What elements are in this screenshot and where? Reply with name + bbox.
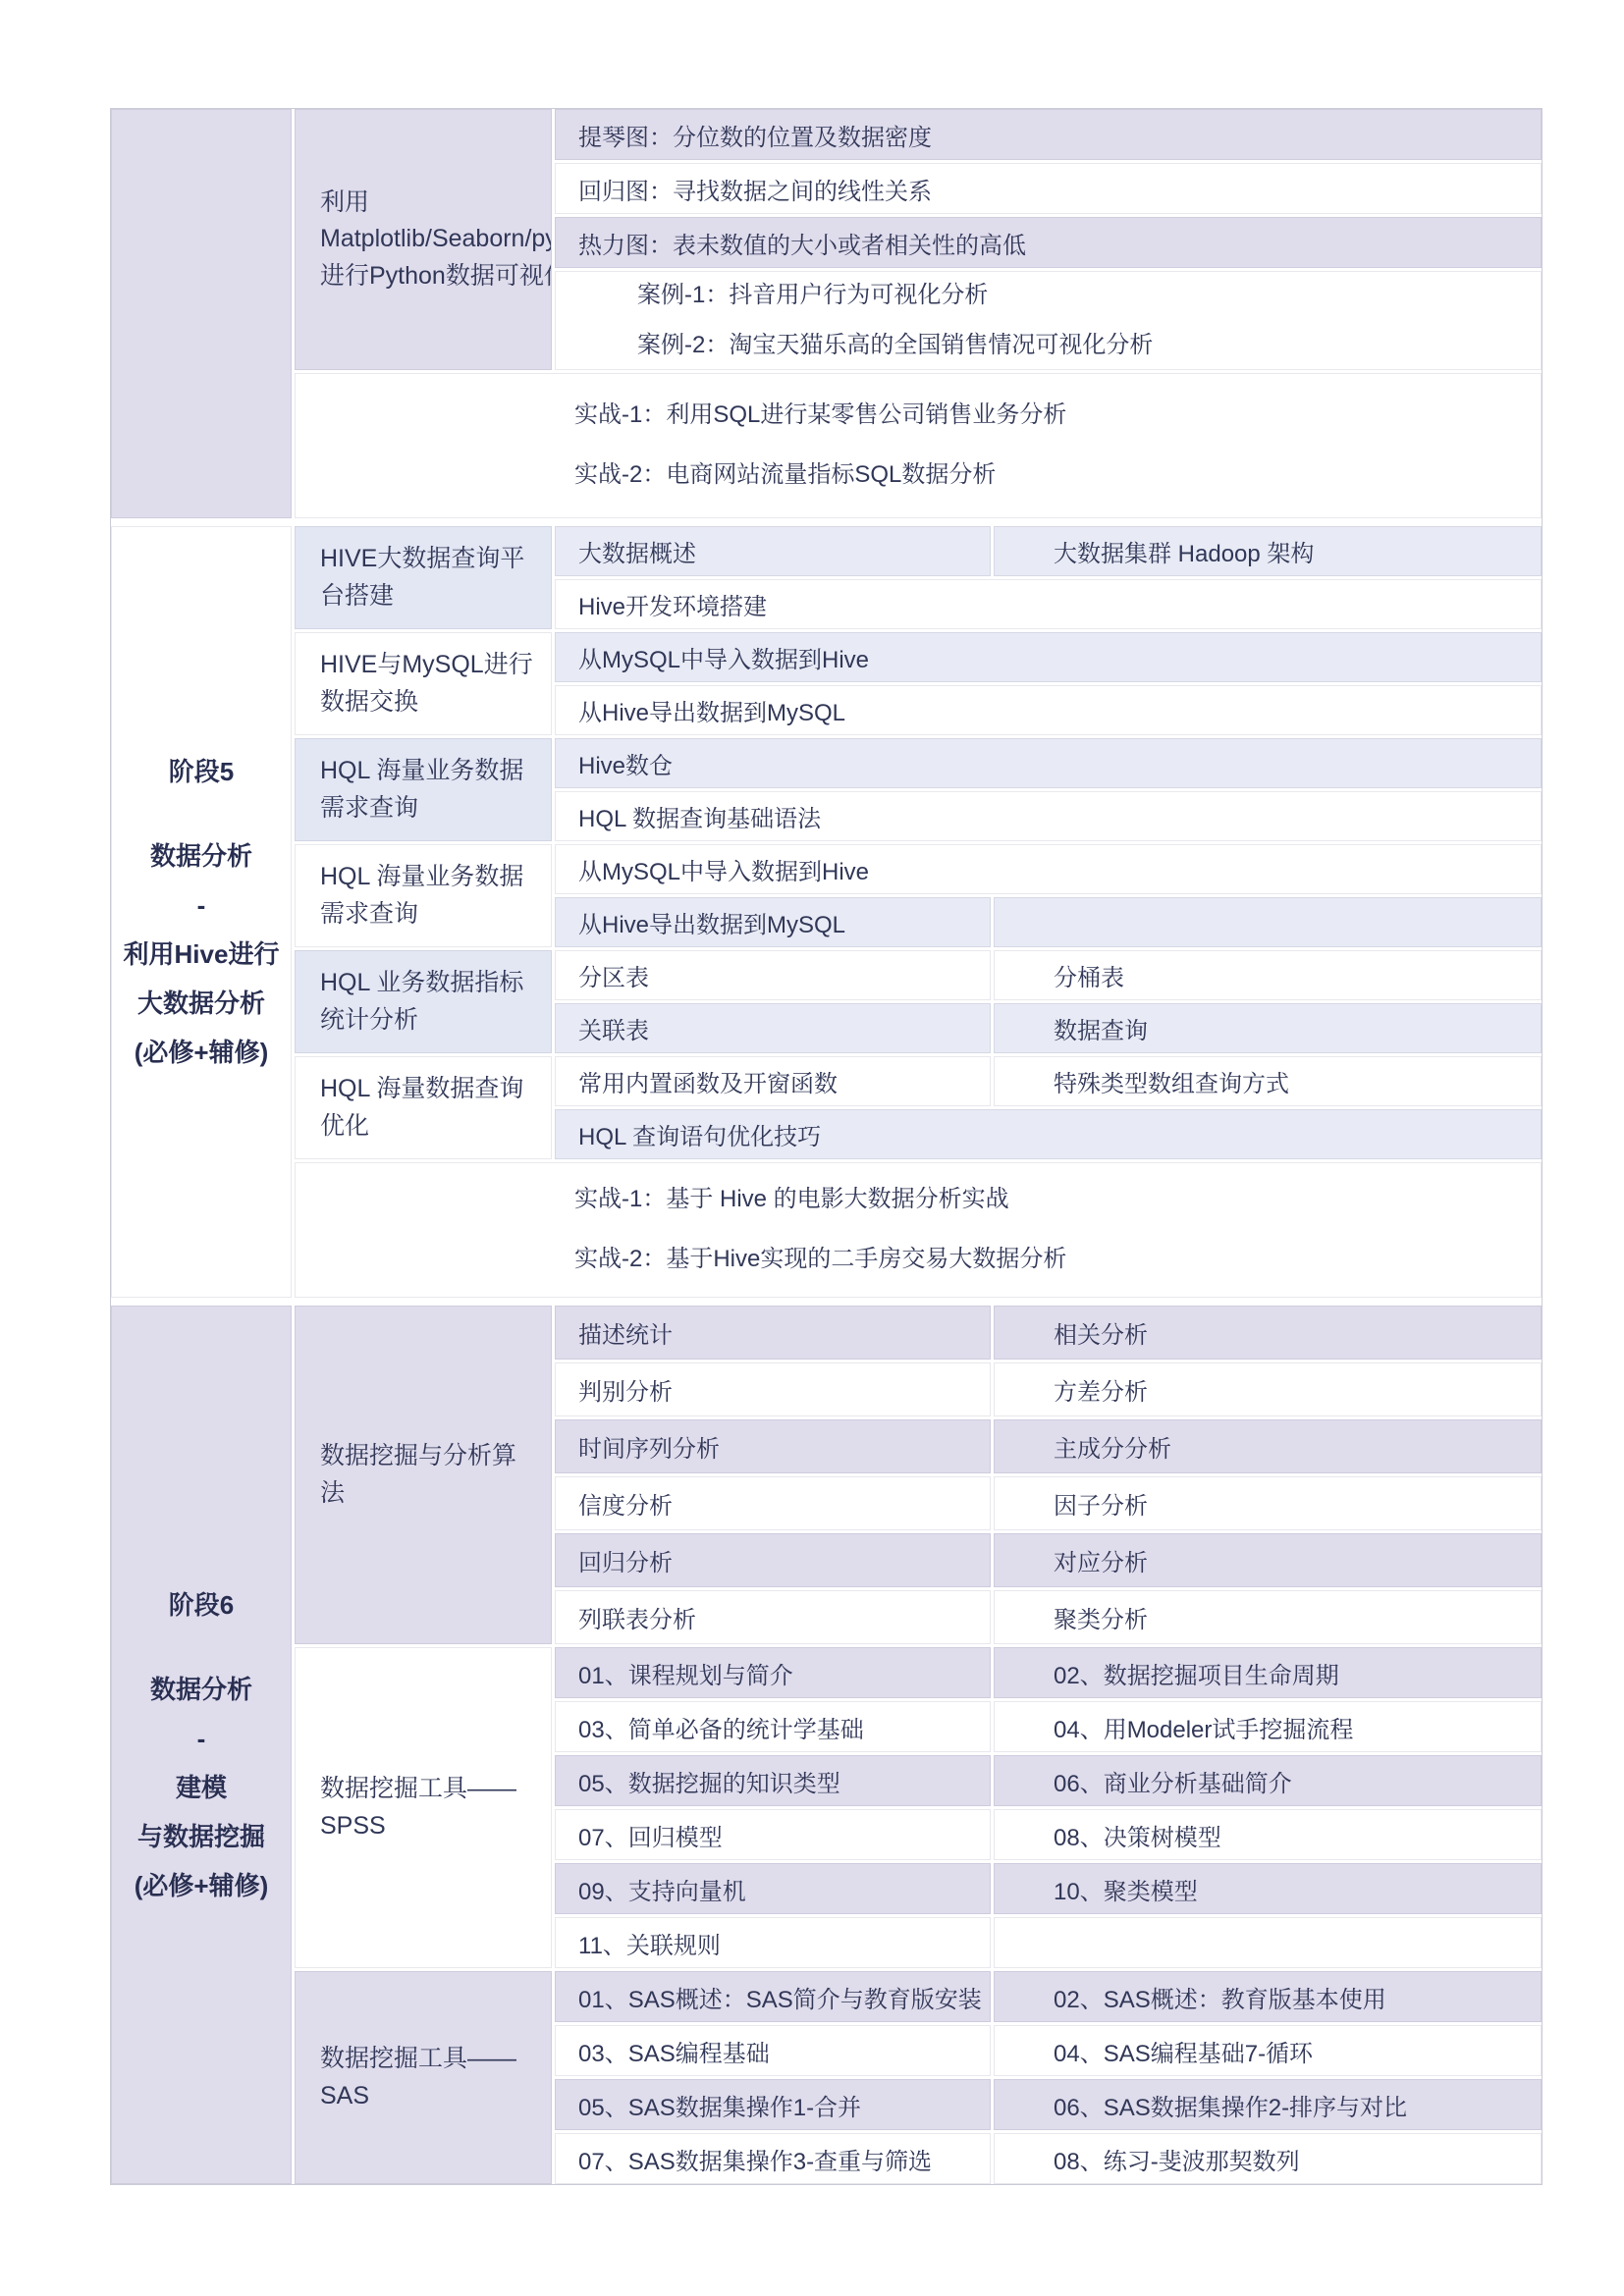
topic-cell-right: 方差分析 bbox=[994, 1362, 1542, 1416]
topic-cell-left: 关联表 bbox=[555, 1003, 991, 1053]
stage-line: 阶段5 bbox=[169, 747, 234, 796]
section-stage6-mining: 阶段6数据分析-建模与数据挖掘(必修+辅修)数据挖掘与分析算法数据挖掘工具——S… bbox=[111, 1306, 1542, 2184]
topic-cell-left: 01、SAS概述：SAS简介与教育版安装 bbox=[555, 1971, 991, 2022]
topic-cell-left: 01、课程规划与简介 bbox=[555, 1647, 991, 1698]
topic-cell-left: 大数据概述 bbox=[555, 526, 991, 576]
section-stage5-hive: 阶段5数据分析-利用Hive进行大数据分析(必修+辅修)HIVE大数据查询平台搭… bbox=[111, 526, 1542, 1298]
case-cell: 案例-1：抖音用户行为可视化分析案例-2：淘宝天猫乐高的全国销售情况可视化分析 bbox=[555, 271, 1542, 370]
module-cell: HQL 海量业务数据需求查询 bbox=[295, 844, 552, 947]
topic-cell: 从MySQL中导入数据到Hive bbox=[555, 844, 1542, 894]
topic-cell-right: 因子分析 bbox=[994, 1476, 1542, 1530]
topic-cell: 从MySQL中导入数据到Hive bbox=[555, 632, 1542, 682]
stage-line: 阶段6 bbox=[169, 1580, 234, 1629]
topic-cell-left: 回归分析 bbox=[555, 1533, 991, 1587]
stage-label-stage5-hive: 阶段5数据分析-利用Hive进行大数据分析(必修+辅修) bbox=[111, 526, 292, 1298]
topic-cell-right: 06、商业分析基础简介 bbox=[994, 1755, 1542, 1806]
topic-cell: 热力图：表未数值的大小或者相关性的高低 bbox=[555, 217, 1542, 268]
case-line: 案例-1：抖音用户行为可视化分析 bbox=[637, 282, 988, 310]
topic-cell: HQL 查询语句优化技巧 bbox=[555, 1109, 1542, 1159]
topic-cell-left: 分区表 bbox=[555, 950, 991, 1000]
module-cell: 利用Matplotlib/Seaborn/pyechart进行Python数据可… bbox=[295, 109, 552, 370]
topic-cell-right: 04、用Modeler试手挖掘流程 bbox=[994, 1701, 1542, 1752]
topic-cell: Hive数仓 bbox=[555, 738, 1542, 788]
topic-cell-right: 02、数据挖掘项目生命周期 bbox=[994, 1647, 1542, 1698]
stage-line: 数据分析 bbox=[150, 1665, 252, 1714]
topic-cell-left: 07、SAS数据集操作3-查重与筛选 bbox=[555, 2133, 991, 2184]
topic-cell-right: 02、SAS概述：教育版基本使用 bbox=[994, 1971, 1542, 2022]
topic-cell-right: 04、SAS编程基础7-循环 bbox=[994, 2025, 1542, 2076]
topic-cell-left: 03、简单必备的统计学基础 bbox=[555, 1701, 991, 1752]
module-cell: 数据挖掘与分析算法 bbox=[295, 1306, 552, 1644]
topic-cell-left: 11、关联规则 bbox=[555, 1917, 991, 1968]
stage-line: - bbox=[197, 1714, 206, 1763]
topic-cell-right: 06、SAS数据集操作2-排序与对比 bbox=[994, 2079, 1542, 2130]
topic-cell: 从Hive导出数据到MySQL bbox=[555, 685, 1542, 735]
topic-cell-right: 相关分析 bbox=[994, 1306, 1542, 1360]
topic-cell-right bbox=[994, 1917, 1542, 1968]
topic-cell-left: 05、SAS数据集操作1-合并 bbox=[555, 2079, 991, 2130]
topic-cell-right: 08、决策树模型 bbox=[994, 1809, 1542, 1860]
module-cell: HQL 海量数据查询优化 bbox=[295, 1056, 552, 1159]
practice-cell: 实战-1：基于 Hive 的电影大数据分析实战实战-2：基于Hive实现的二手房… bbox=[295, 1162, 1542, 1298]
topic-cell-left: 描述统计 bbox=[555, 1306, 991, 1360]
topic-cell-right: 分桶表 bbox=[994, 950, 1542, 1000]
stage-line: - bbox=[197, 881, 206, 930]
topic-cell-right: 主成分分析 bbox=[994, 1419, 1542, 1473]
module-cell: 数据挖掘工具——SPSS bbox=[295, 1647, 552, 1968]
topic-cell-left: 05、数据挖掘的知识类型 bbox=[555, 1755, 991, 1806]
section-python-visualization: 利用Matplotlib/Seaborn/pyechart进行Python数据可… bbox=[111, 109, 1542, 518]
practice-line: 实战-2：电商网站流量指标SQL数据分析 bbox=[574, 461, 996, 490]
topic-cell-left: 03、SAS编程基础 bbox=[555, 2025, 991, 2076]
topic-cell-right: 08、练习-斐波那契数列 bbox=[994, 2133, 1542, 2184]
module-cell: HIVE大数据查询平台搭建 bbox=[295, 526, 552, 629]
topic-cell-left: 时间序列分析 bbox=[555, 1419, 991, 1473]
stage-label-stage6-mining: 阶段6数据分析-建模与数据挖掘(必修+辅修) bbox=[111, 1306, 292, 2184]
stage-label-python-visualization bbox=[111, 109, 292, 518]
topic-cell-right: 聚类分析 bbox=[994, 1590, 1542, 1644]
stage-line: 与数据挖掘 bbox=[137, 1812, 265, 1861]
stage-line: 数据分析 bbox=[150, 831, 252, 881]
practice-line: 实战-1：基于 Hive 的电影大数据分析实战 bbox=[574, 1186, 1009, 1214]
topic-cell-left: 判别分析 bbox=[555, 1362, 991, 1416]
topic-cell-right bbox=[994, 897, 1542, 947]
topic-cell-left: 09、支持向量机 bbox=[555, 1863, 991, 1914]
stage-line: (必修+辅修) bbox=[135, 1028, 269, 1077]
topic-cell-right: 对应分析 bbox=[994, 1533, 1542, 1587]
module-cell: HQL 海量业务数据需求查询 bbox=[295, 738, 552, 841]
topic-cell: HQL 数据查询基础语法 bbox=[555, 791, 1542, 841]
topic-cell-right: 特殊类型数组查询方式 bbox=[994, 1056, 1542, 1106]
topic-cell-right: 数据查询 bbox=[994, 1003, 1542, 1053]
stage-line: 建模 bbox=[176, 1763, 227, 1812]
module-cell: HIVE与MySQL进行数据交换 bbox=[295, 632, 552, 735]
topic-cell-right: 10、聚类模型 bbox=[994, 1863, 1542, 1914]
practice-line: 实战-2：基于Hive实现的二手房交易大数据分析 bbox=[574, 1246, 1066, 1274]
topic-cell-left: 信度分析 bbox=[555, 1476, 991, 1530]
curriculum-table: 利用Matplotlib/Seaborn/pyechart进行Python数据可… bbox=[110, 108, 1543, 2185]
stage-line: 大数据分析 bbox=[137, 979, 265, 1028]
topic-cell: Hive开发环境搭建 bbox=[555, 579, 1542, 629]
practice-cell: 实战-1：利用SQL进行某零售公司销售业务分析实战-2：电商网站流量指标SQL数… bbox=[295, 373, 1542, 518]
case-line: 案例-2：淘宝天猫乐高的全国销售情况可视化分析 bbox=[637, 332, 1153, 360]
module-cell: HQL 业务数据指标统计分析 bbox=[295, 950, 552, 1053]
practice-line: 实战-1：利用SQL进行某零售公司销售业务分析 bbox=[574, 401, 1066, 430]
topic-cell: 回归图：寻找数据之间的线性关系 bbox=[555, 163, 1542, 214]
topic-cell: 提琴图：分位数的位置及数据密度 bbox=[555, 109, 1542, 160]
topic-cell-left: 从Hive导出数据到MySQL bbox=[555, 897, 991, 947]
topic-cell-right: 大数据集群 Hadoop 架构 bbox=[994, 526, 1542, 576]
stage-line: (必修+辅修) bbox=[135, 1861, 269, 1910]
stage-line: 利用Hive进行 bbox=[124, 930, 280, 979]
topic-cell-left: 列联表分析 bbox=[555, 1590, 991, 1644]
topic-cell-left: 07、回归模型 bbox=[555, 1809, 991, 1860]
topic-cell-left: 常用内置函数及开窗函数 bbox=[555, 1056, 991, 1106]
module-cell: 数据挖掘工具——SAS bbox=[295, 1971, 552, 2184]
